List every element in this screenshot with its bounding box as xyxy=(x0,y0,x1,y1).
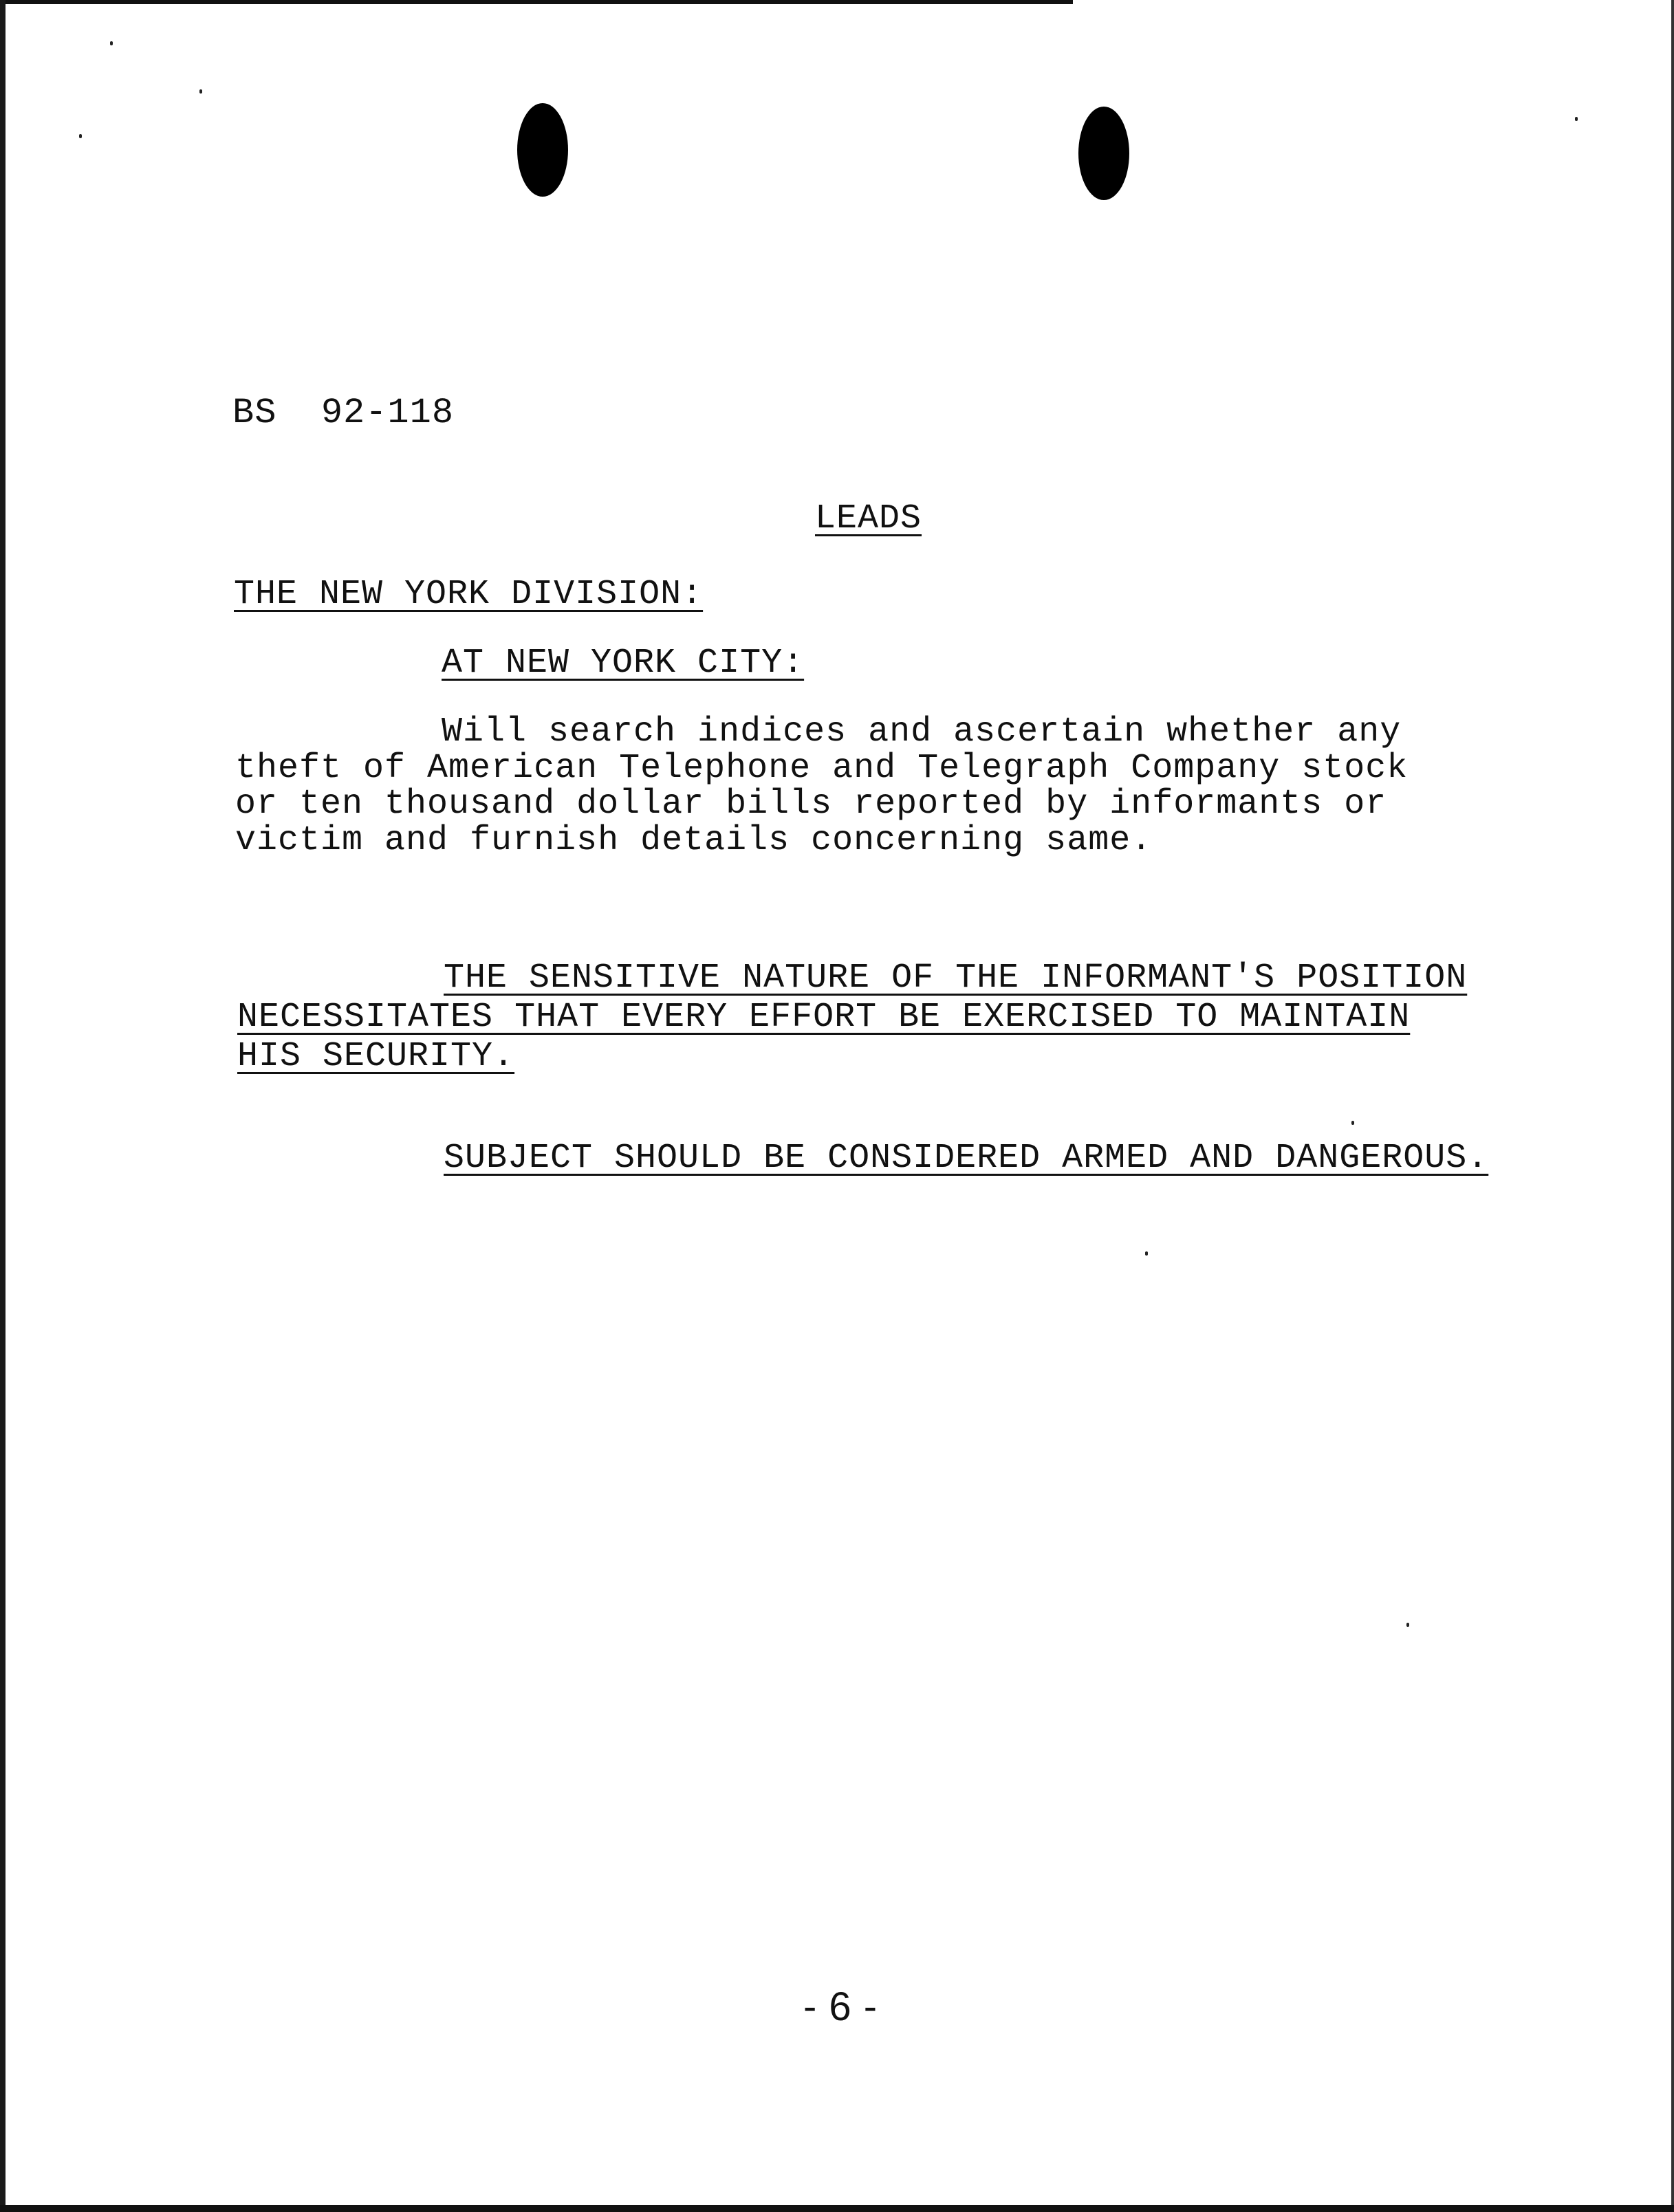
scan-edge-left xyxy=(0,0,6,2212)
scan-speck xyxy=(1351,1121,1354,1125)
notice-line: NECESSITATES THAT EVERY EFFORT BE EXERCI… xyxy=(237,1000,1410,1035)
scan-edge-right xyxy=(1671,0,1674,2212)
page-number: - 6 - xyxy=(803,1987,878,2027)
document-page: BS 92-118 LEADS THE NEW YORK DIVISION: A… xyxy=(0,0,1674,2212)
scan-speck xyxy=(1575,117,1578,121)
armed-warning: SUBJECT SHOULD BE CONSIDERED ARMED AND D… xyxy=(444,1141,1488,1176)
punch-hole-icon xyxy=(1078,107,1129,200)
paragraph-line: victim and furnish details concerning sa… xyxy=(235,824,1152,858)
section-heading: LEADS xyxy=(815,502,922,536)
scan-speck xyxy=(110,41,113,45)
division-heading: THE NEW YORK DIVISION: xyxy=(234,578,703,612)
scan-speck xyxy=(1406,1623,1409,1627)
notice-line: THE SENSITIVE NATURE OF THE INFORMANT'S … xyxy=(444,961,1467,996)
office-heading: AT NEW YORK CITY: xyxy=(442,646,804,681)
file-number: BS 92-118 xyxy=(232,395,454,431)
punch-hole-icon xyxy=(517,103,568,197)
scan-speck xyxy=(199,89,202,94)
paragraph-line: theft of American Telephone and Telegrap… xyxy=(235,752,1408,786)
scan-edge-top xyxy=(0,0,1073,4)
scan-speck xyxy=(1145,1251,1148,1256)
scan-edge-bottom xyxy=(0,2205,1674,2212)
notice-line: HIS SECURITY. xyxy=(237,1040,514,1074)
paragraph-line: or ten thousand dollar bills reported by… xyxy=(235,787,1387,822)
paragraph-line: Will search indices and ascertain whethe… xyxy=(442,715,1401,749)
scan-speck xyxy=(79,134,82,138)
